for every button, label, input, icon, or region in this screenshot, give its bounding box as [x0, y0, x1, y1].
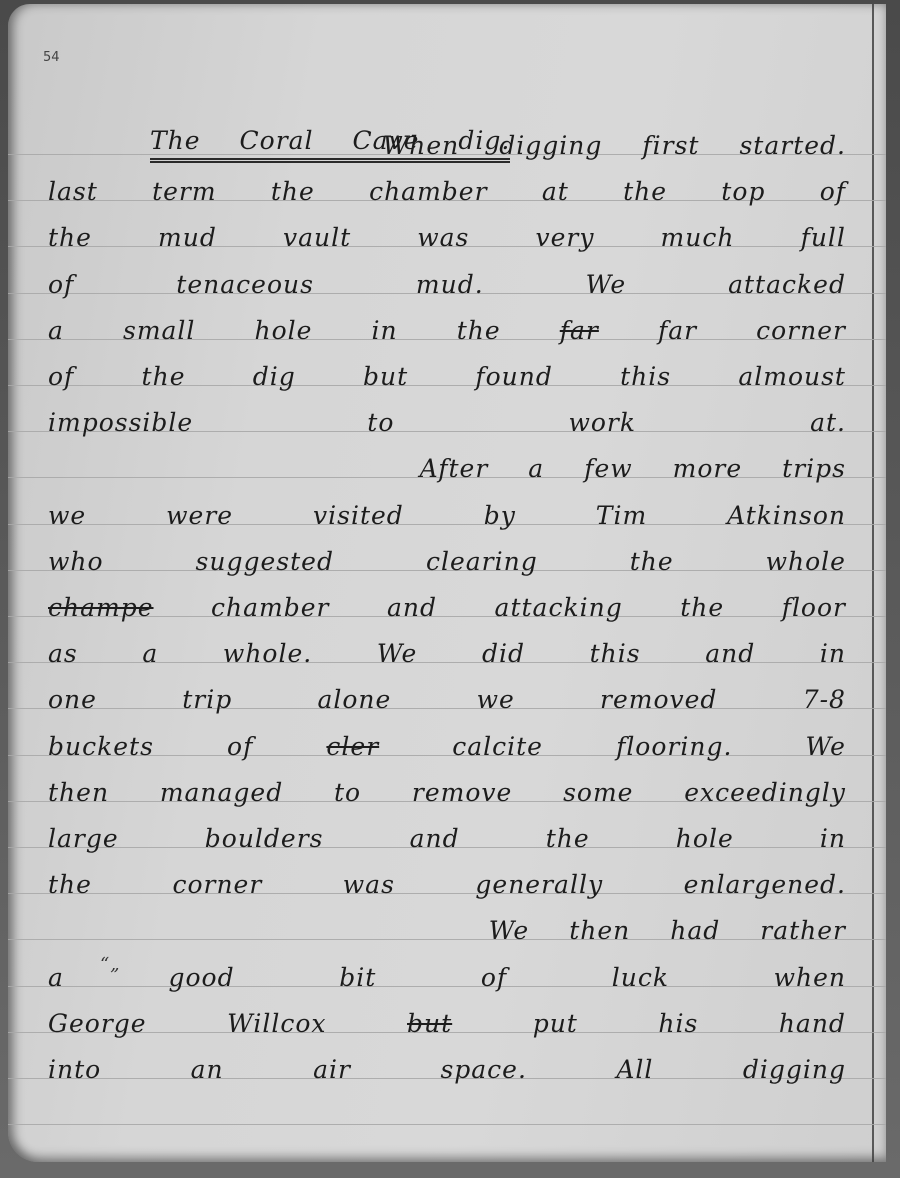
- word: bit: [339, 963, 376, 992]
- word: All: [616, 1055, 653, 1084]
- notebook-page: 54 The Coral Cave dig. “„ Whendiggingfir…: [8, 4, 886, 1162]
- word: buckets: [48, 732, 154, 761]
- word: to: [334, 778, 361, 807]
- word: the: [142, 362, 186, 391]
- word: almoust: [738, 362, 846, 391]
- word: the: [680, 593, 724, 622]
- word: of: [227, 732, 253, 761]
- word: in: [820, 639, 846, 668]
- word: the: [630, 547, 674, 576]
- word: of: [48, 270, 74, 299]
- text-line: thenmanagedtoremovesomeexceedingly: [8, 761, 886, 807]
- text-line: Afterafewmoretrips: [8, 437, 886, 483]
- word: space.: [440, 1055, 526, 1084]
- word: at: [542, 177, 569, 206]
- word: the: [48, 223, 92, 252]
- text-line: agoodbitofluckwhen: [8, 946, 886, 992]
- word: first: [642, 131, 699, 160]
- word: his: [658, 1009, 698, 1038]
- text-line: oftenaceousmud.Weattacked: [8, 253, 886, 299]
- word: who: [48, 547, 104, 576]
- word: suggested: [196, 547, 334, 576]
- word: work: [568, 408, 636, 437]
- word: of: [48, 362, 74, 391]
- text-line: wewerevisitedbyTimAtkinson: [8, 484, 886, 530]
- word: some: [563, 778, 633, 807]
- word: and: [410, 824, 460, 853]
- word: remove: [412, 778, 512, 807]
- word: floor: [782, 593, 846, 622]
- ruled-line: [8, 1124, 886, 1125]
- word: the: [546, 824, 590, 853]
- word: the: [457, 316, 501, 345]
- word: by: [484, 501, 516, 530]
- text-line: asawhole.Wedidthisandin: [8, 622, 886, 668]
- text-line: lasttermthechamberatthetopof: [8, 160, 886, 206]
- word: generally: [475, 870, 603, 899]
- word: at.: [810, 408, 846, 437]
- word: George: [48, 1009, 147, 1038]
- struck-word: but: [407, 1009, 452, 1038]
- word: flooring.: [616, 732, 732, 761]
- word: far: [658, 316, 697, 345]
- word: we: [48, 501, 86, 530]
- word: had: [670, 916, 720, 945]
- word: into: [48, 1055, 101, 1084]
- text-line: GeorgeWillcoxbutputhishand: [8, 992, 886, 1038]
- word: Tim: [596, 501, 647, 530]
- word: whole.: [223, 639, 312, 668]
- word: few: [584, 454, 632, 483]
- word: We: [586, 270, 626, 299]
- word: 7-8: [803, 685, 846, 714]
- word: alone: [317, 685, 391, 714]
- text-line: impossibletoworkat.: [8, 391, 886, 437]
- word: were: [166, 501, 233, 530]
- word: managed: [160, 778, 283, 807]
- word: dig: [253, 362, 296, 391]
- text-line: themudvaultwasverymuchfull: [8, 206, 886, 252]
- struck-word: champe: [48, 593, 154, 622]
- word: trips: [782, 454, 846, 483]
- word: digging: [743, 1055, 846, 1084]
- word: did: [482, 639, 525, 668]
- text-line: asmallholeinthefarfarcorner: [8, 299, 886, 345]
- word: the: [623, 177, 667, 206]
- word: luck: [612, 963, 669, 992]
- word: hole: [676, 824, 734, 853]
- word: then: [48, 778, 109, 807]
- word: chamber: [211, 593, 329, 622]
- word: attacked: [728, 270, 846, 299]
- word: rather: [760, 916, 846, 945]
- word: to: [367, 408, 394, 437]
- word: We: [806, 732, 846, 761]
- word: more: [673, 454, 743, 483]
- word: visited: [313, 501, 404, 530]
- word: this: [620, 362, 671, 391]
- word: mud.: [416, 270, 484, 299]
- struck-word: cler: [326, 732, 379, 761]
- word: then: [569, 916, 630, 945]
- word: We: [489, 916, 529, 945]
- word: hand: [779, 1009, 846, 1038]
- word: a: [48, 963, 64, 992]
- word: digging: [499, 131, 602, 160]
- word: clearing: [426, 547, 538, 576]
- word: this: [590, 639, 641, 668]
- word: the: [48, 870, 92, 899]
- word: the: [271, 177, 315, 206]
- word: tenaceous: [176, 270, 314, 299]
- text-line: ofthedigbutfoundthisalmoust: [8, 345, 886, 391]
- word: we: [477, 685, 515, 714]
- word: hole: [255, 316, 313, 345]
- word: vault: [283, 223, 351, 252]
- word: one: [48, 685, 97, 714]
- word: large: [48, 824, 119, 853]
- word: was: [343, 870, 395, 899]
- word: a: [48, 316, 64, 345]
- word: enlargened.: [684, 870, 846, 899]
- word: impossible: [48, 408, 193, 437]
- word: when: [774, 963, 846, 992]
- word: calcite: [452, 732, 543, 761]
- word: small: [123, 316, 195, 345]
- word: chamber: [369, 177, 487, 206]
- word: air: [313, 1055, 351, 1084]
- text-line: largebouldersandtheholein: [8, 807, 886, 853]
- word: exceedingly: [684, 778, 846, 807]
- word: and: [705, 639, 755, 668]
- word: full: [801, 223, 846, 252]
- word: last: [48, 177, 98, 206]
- text-line: bucketsofclercalciteflooring.We: [8, 715, 886, 761]
- word: trip: [182, 685, 232, 714]
- word: very: [535, 223, 594, 252]
- word: was: [417, 223, 469, 252]
- word: Willcox: [227, 1009, 326, 1038]
- text-line: whosuggestedclearingthewhole: [8, 530, 886, 576]
- text-line: intoanairspace.Alldigging: [8, 1038, 886, 1084]
- word: a: [528, 454, 544, 483]
- word: We: [377, 639, 417, 668]
- word: attacking: [495, 593, 623, 622]
- word: in: [372, 316, 398, 345]
- word: a: [142, 639, 158, 668]
- word: top: [721, 177, 765, 206]
- word: whole: [766, 547, 846, 576]
- word: an: [191, 1055, 224, 1084]
- text-line: champechamberandattackingthefloor: [8, 576, 886, 622]
- word: good: [169, 963, 235, 992]
- word: corner: [756, 316, 846, 345]
- word: much: [661, 223, 735, 252]
- word: of: [481, 963, 507, 992]
- word: mud: [158, 223, 217, 252]
- word: boulders: [205, 824, 324, 853]
- word: Atkinson: [727, 501, 846, 530]
- text-line: onetripaloneweremoved7-8: [8, 668, 886, 714]
- word: of: [820, 177, 846, 206]
- text-line: Wethenhadrather: [8, 899, 886, 945]
- word: started.: [739, 131, 846, 160]
- word: term: [152, 177, 217, 206]
- word: found: [475, 362, 553, 391]
- struck-word: far: [560, 316, 599, 345]
- word: but: [363, 362, 408, 391]
- word: corner: [172, 870, 262, 899]
- notebook-background: 54 The Coral Cave dig. “„ Whendiggingfir…: [0, 0, 900, 1178]
- text-line: Whendiggingfirststarted.: [8, 114, 886, 160]
- word: as: [48, 639, 78, 668]
- word: put: [533, 1009, 578, 1038]
- page-number: 54: [43, 50, 60, 65]
- text-line: thecornerwasgenerallyenlargened.: [8, 853, 886, 899]
- word: in: [820, 824, 846, 853]
- word: removed: [600, 685, 717, 714]
- word: When: [383, 131, 460, 160]
- word: After: [420, 454, 489, 483]
- word: and: [387, 593, 437, 622]
